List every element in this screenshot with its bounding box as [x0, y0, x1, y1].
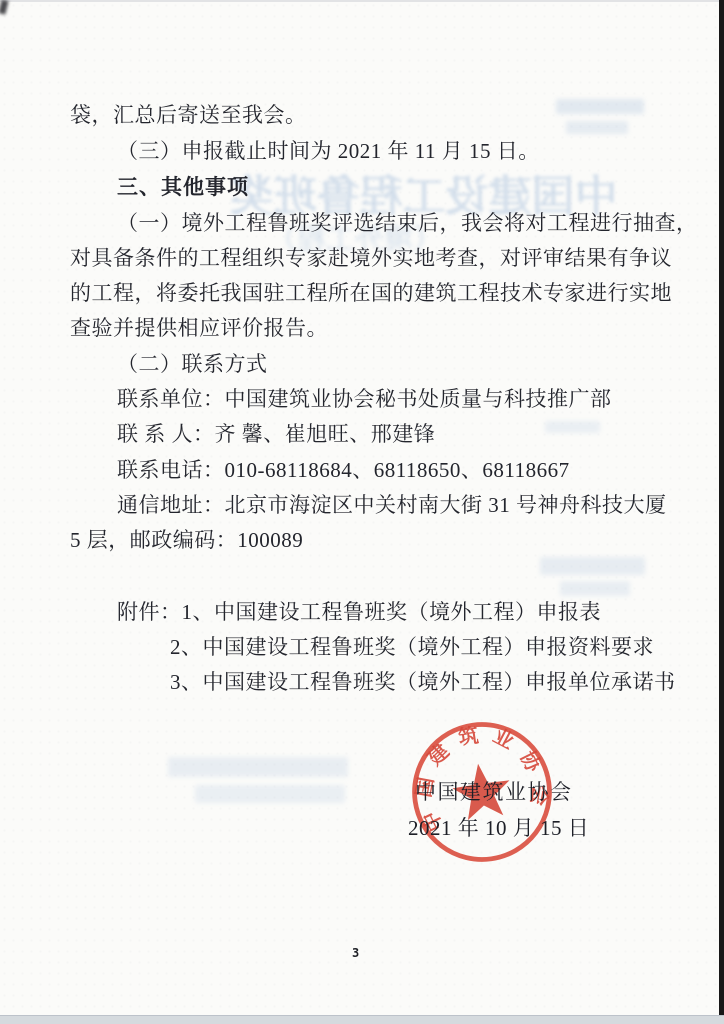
bleedthrough-mark [556, 99, 644, 114]
text-line: （一）境外工程鲁班奖评选结束后，我会将对工程进行抽查， [117, 211, 698, 236]
section-heading: 三、其他事项 [117, 175, 249, 200]
scan-edge-right [719, 0, 724, 1024]
attachment-item: 3、中国建设工程鲁班奖（境外工程）申报单位承诺书 [170, 670, 676, 695]
text-line: 查验并提供相应评价报告。 [70, 316, 328, 341]
text-line: （三）申报截止时间为 2021 年 11 月 15 日。 [117, 139, 540, 164]
scan-edge-top [0, 0, 724, 2]
bleedthrough-mark [195, 785, 345, 803]
scanned-document-page: 中国建设工程鲁班奖 （境外工程） 袋，汇总后寄送至我会。 （三）申报截止时间为 … [0, 0, 724, 1024]
signature-date: 2021 年 10 月 15 日 [408, 812, 589, 842]
text-line: 袋，汇总后寄送至我会。 [70, 103, 307, 128]
bleedthrough-mark [540, 557, 645, 575]
text-line: 对具备条件的工程组织专家赴境外实地考查，对评审结果有争议 [70, 246, 672, 271]
scan-corner-smudge [0, 0, 9, 15]
contact-address-line: 通信地址：北京市海淀区中关村南大街 31 号神舟科技大厦 [117, 493, 667, 518]
bleedthrough-mark [566, 121, 628, 134]
text-line: （二）联系方式 [117, 352, 268, 377]
contact-phone-line: 联系电话：010-68118684、68118650、68118667 [117, 458, 570, 483]
bleedthrough-mark [560, 581, 630, 596]
attachment-item: 附件：1、中国建设工程鲁班奖（境外工程）申报表 [117, 600, 601, 625]
bleedthrough-mark [168, 757, 348, 777]
contact-postcode-line: 5 层，邮政编码：100089 [70, 528, 303, 553]
scan-edge-bottom [0, 1015, 724, 1024]
page-number: 3 [352, 946, 359, 960]
text-line: 的工程，将委托我国驻工程所在国的建筑工程技术专家进行实地 [70, 281, 672, 306]
contact-person-line: 联 系 人：齐 馨、崔旭旺、邢建锋 [117, 422, 435, 447]
attachment-item: 2、中国建设工程鲁班奖（境外工程）申报资料要求 [170, 635, 654, 660]
signature-org: 中国建筑业协会 [415, 776, 573, 806]
contact-unit-line: 联系单位：中国建筑业协会秘书处质量与科技推广部 [117, 387, 612, 412]
bleedthrough-mark [545, 421, 600, 433]
